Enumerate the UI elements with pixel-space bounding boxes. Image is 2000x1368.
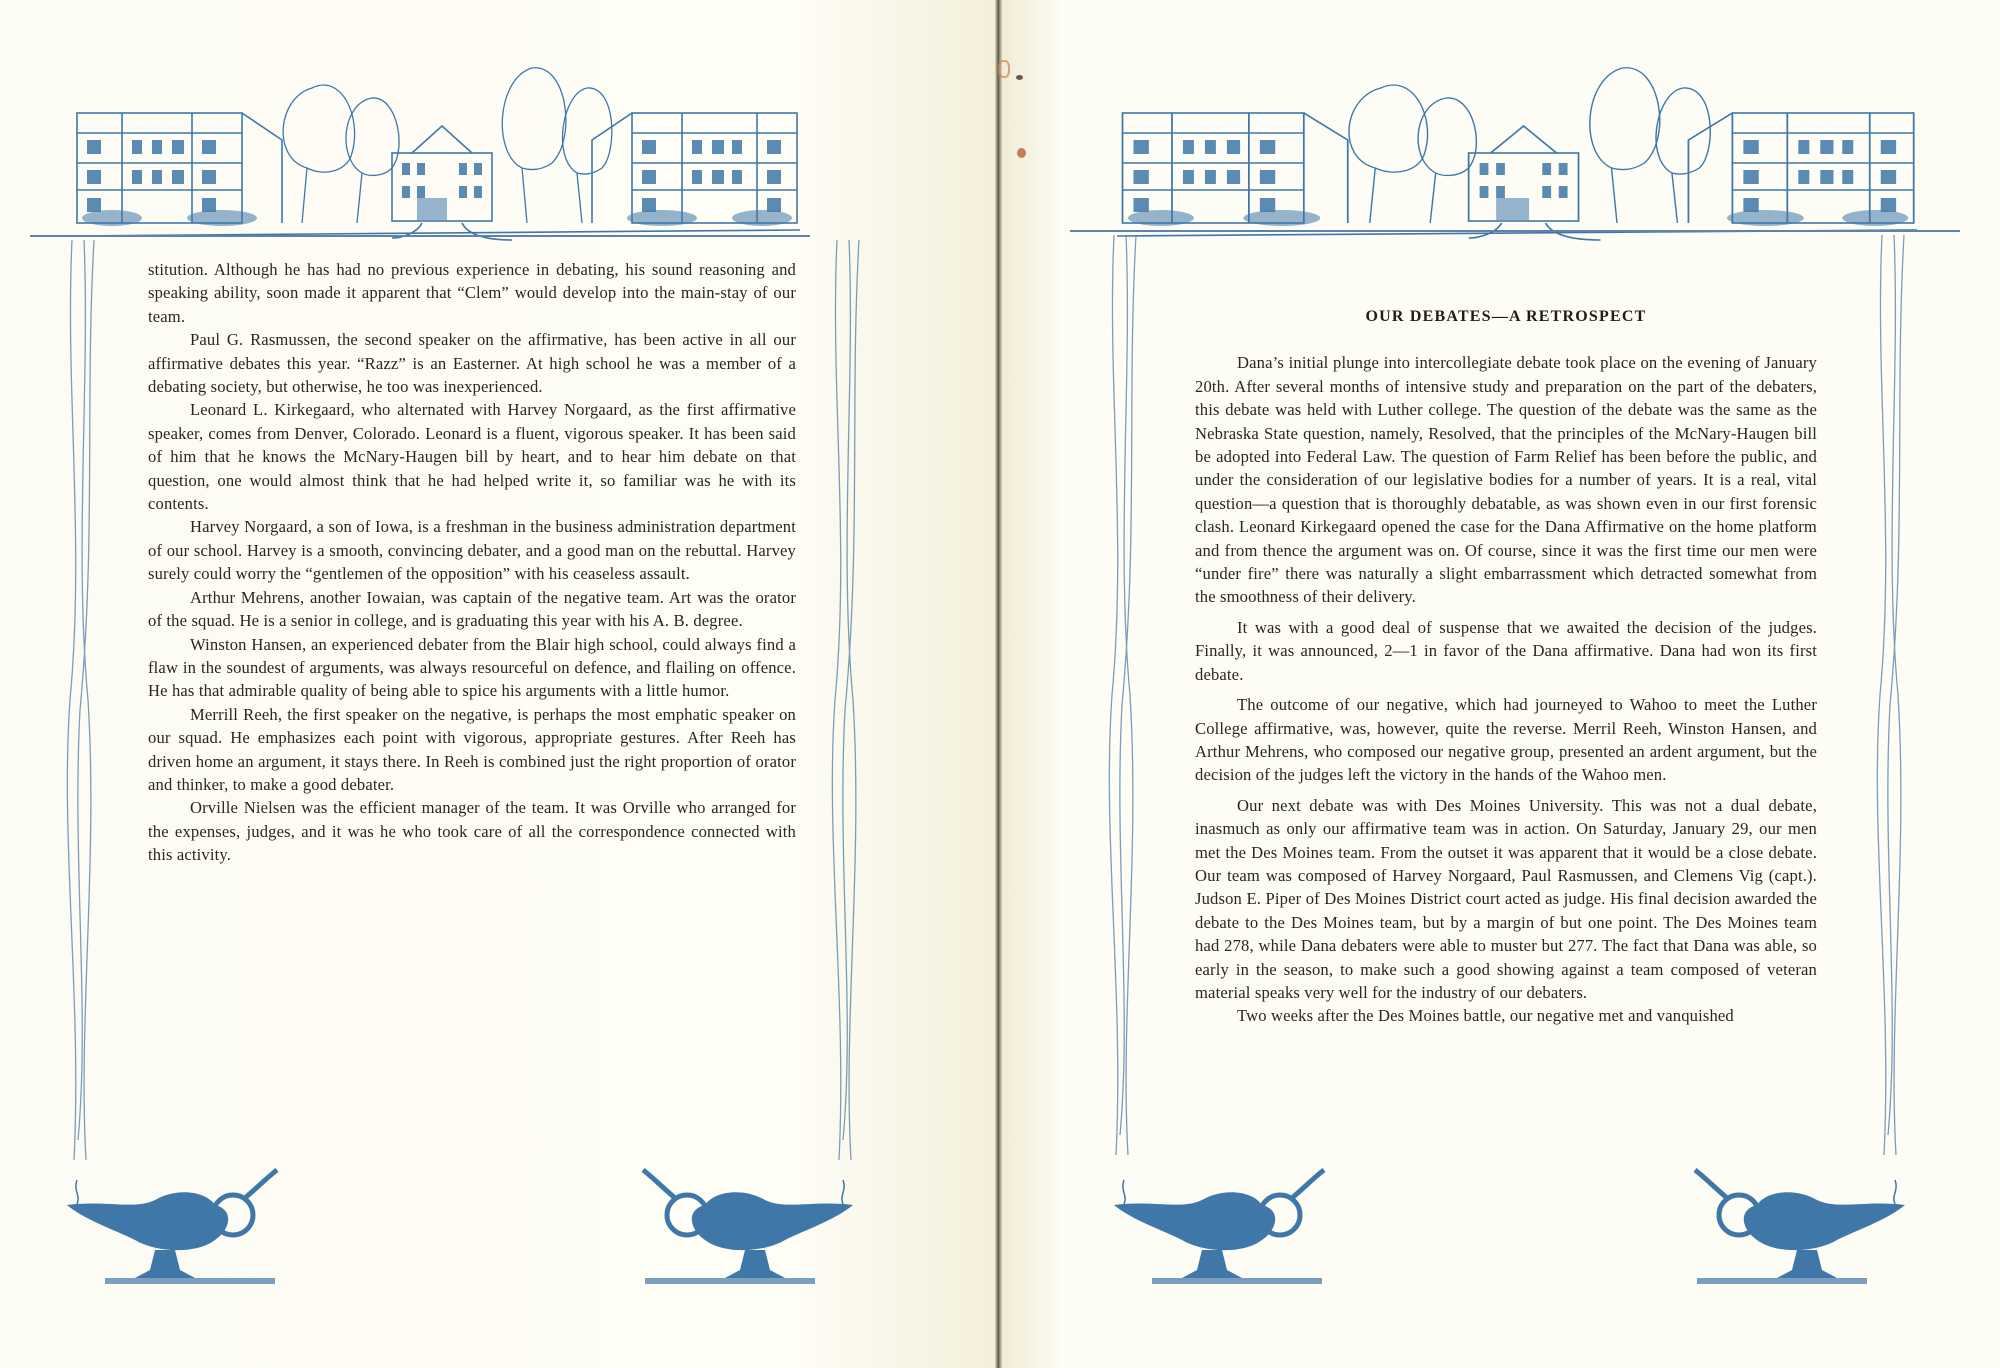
oil-lamp-icon: [625, 1160, 865, 1300]
stain-mark: [1016, 75, 1023, 80]
paragraph: Leonard L. Kirkegaard, who alternated wi…: [148, 398, 796, 515]
campus-illustration: [1117, 58, 1917, 248]
paragraph: Our next debate was with Des Moines Univ…: [1195, 794, 1817, 1005]
paragraph: The outcome of our negative, which had j…: [1195, 693, 1817, 787]
oil-lamp-icon: [1677, 1160, 1917, 1300]
section-heading: OUR DEBATES—A RETROSPECT: [1195, 305, 1817, 328]
right-page-text: OUR DEBATES—A RETROSPECT Dana’s initial …: [1195, 305, 1817, 1028]
header-rule: [30, 235, 810, 237]
campus-buildings-icon: [72, 58, 800, 248]
left-vine-border: [1102, 235, 1146, 1155]
left-vine-border: [60, 240, 104, 1160]
paragraph: Arthur Mehrens, another Iowaian, was cap…: [148, 586, 796, 633]
paragraph: It was with a good deal of suspense that…: [1195, 616, 1817, 686]
right-vine-border: [1870, 235, 1914, 1155]
paragraph: Paul G. Rasmussen, the second speaker on…: [148, 328, 796, 398]
campus-illustration: [72, 58, 800, 248]
paragraph: Orville Nielsen was the efficient manage…: [148, 796, 796, 866]
binding-gutter: [995, 0, 1002, 1368]
paragraph: stitution. Although he has had no previo…: [148, 258, 796, 328]
yearbook-spread: stitution. Although he has had no previo…: [0, 0, 2000, 1368]
vine-icon: [1870, 235, 1914, 1155]
header-rule: [1070, 230, 1960, 232]
oil-lamp-left: [55, 1160, 295, 1300]
oil-lamp-icon: [1102, 1160, 1342, 1300]
oil-lamp-left: [1102, 1160, 1342, 1300]
paragraph: Two weeks after the Des Moines battle, o…: [1195, 1004, 1817, 1027]
stain-mark: [1017, 148, 1026, 158]
oil-lamp-right: [1677, 1160, 1917, 1300]
right-page: OUR DEBATES—A RETROSPECT Dana’s initial …: [1002, 0, 2000, 1368]
paragraph: Winston Hansen, an experienced debater f…: [148, 633, 796, 703]
campus-buildings-icon: [1117, 58, 1917, 248]
paragraph: Dana’s initial plunge into intercollegia…: [1195, 351, 1817, 608]
left-page: stitution. Although he has had no previo…: [0, 0, 995, 1368]
stain-mark: [998, 60, 1010, 78]
left-page-text: stitution. Although he has had no previo…: [148, 258, 796, 867]
vine-icon: [1102, 235, 1146, 1155]
oil-lamp-right: [625, 1160, 865, 1300]
oil-lamp-icon: [55, 1160, 295, 1300]
paragraph: Merrill Reeh, the first speaker on the n…: [148, 703, 796, 797]
right-vine-border: [825, 240, 869, 1160]
paragraph: Harvey Norgaard, a son of Iowa, is a fre…: [148, 515, 796, 585]
vine-icon: [825, 240, 869, 1160]
vine-icon: [60, 240, 104, 1160]
